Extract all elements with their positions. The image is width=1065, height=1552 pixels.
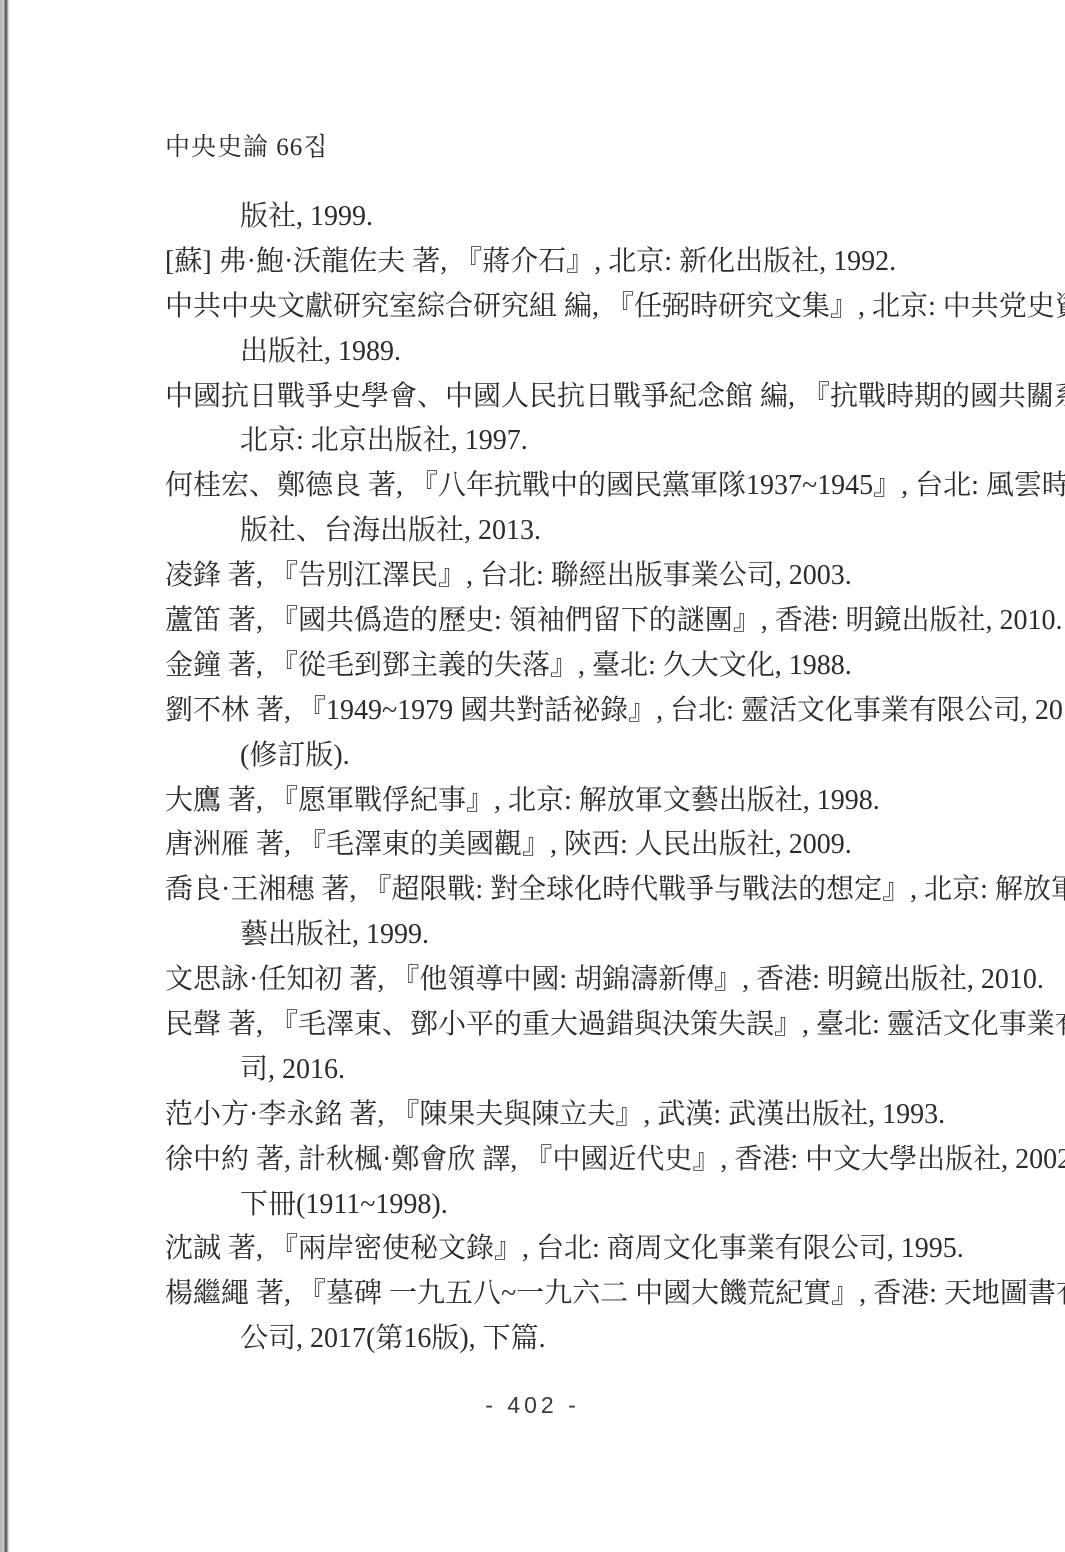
- bibliography-entry-line: 中共中央文獻研究室綜合研究組 編, 『任弼時研究文集』, 北京: 中共党史資料: [165, 285, 1045, 330]
- journal-header: 中央史論 66집: [165, 127, 328, 163]
- bibliography-entry-line: 北京: 北京出版社, 1997.: [165, 419, 1045, 464]
- bibliography-entry-line: 中國抗日戰爭史學會、中國人民抗日戰爭紀念館 編, 『抗戰時期的國共關系』,: [165, 375, 1045, 420]
- bibliography-entry-line: 文思詠·任知初 著, 『他領導中國: 胡錦濤新傳』, 香港: 明鏡出版社, 20…: [165, 958, 1045, 1003]
- scan-binding-edge: [0, 0, 10, 1552]
- bibliography-entry-line: 范小方·李永銘 著, 『陳果夫與陳立夫』, 武漢: 武漢出版社, 1993.: [165, 1093, 1045, 1138]
- bibliography-entry-line: 何桂宏、鄭德良 著, 『八年抗戰中的國民黨軍隊1937~1945』, 台北: 風…: [165, 464, 1045, 509]
- bibliography-entry-line: 司, 2016.: [165, 1048, 1045, 1093]
- bibliography-entry-line: 大鷹 著, 『愿軍戰俘紀事』, 北京: 解放軍文藝出版社, 1998.: [165, 779, 1045, 824]
- bibliography-entry-line: 劉不林 著, 『1949~1979 國共對話祕錄』, 台北: 靈活文化事業有限公…: [165, 689, 1045, 734]
- bibliography-entry-line: 版社, 1999.: [165, 195, 1045, 240]
- bibliography-entry-line: 沈誠 著, 『兩岸密使秘文錄』, 台北: 商周文化事業有限公司, 1995.: [165, 1227, 1045, 1272]
- bibliography-entry-line: 楊繼繩 著, 『墓碑 一九五八~一九六二 中國大饑荒紀實』, 香港: 天地圖書有…: [165, 1272, 1045, 1317]
- bibliography-entry-line: 徐中約 著, 計秋楓·鄭會欣 譯, 『中國近代史』, 香港: 中文大學出版社, …: [165, 1138, 1045, 1183]
- bibliography-entry-line: 喬良·王湘穗 著, 『超限戰: 對全球化時代戰爭与戰法的想定』, 北京: 解放軍…: [165, 868, 1045, 913]
- page-number: - 402 -: [0, 1392, 1065, 1419]
- bibliography-entry-line: 民聲 著, 『毛澤東、鄧小平的重大過錯與決策失誤』, 臺北: 靈活文化事業有限公: [165, 1003, 1045, 1048]
- bibliography-entry-line: 下冊(1911~1998).: [165, 1183, 1045, 1228]
- scanned-journal-page: 中央史論 66집 版社, 1999.[蘇] 弗·鮑·沃龍佐夫 著, 『蔣介石』,…: [0, 0, 1065, 1552]
- bibliography-entry-line: 金鐘 著, 『從毛到鄧主義的失落』, 臺北: 久大文化, 1988.: [165, 644, 1045, 689]
- bibliography-entry-line: 蘆笛 著, 『國共僞造的歷史: 領袖們留下的謎團』, 香港: 明鏡出版社, 20…: [165, 599, 1045, 644]
- bibliography-entry-line: 出版社, 1989.: [165, 330, 1045, 375]
- bibliography-entry-line: 公司, 2017(第16版), 下篇.: [165, 1317, 1045, 1362]
- bibliography-entry-line: 凌鋒 著, 『告別江澤民』, 台北: 聯經出版事業公司, 2003.: [165, 554, 1045, 599]
- bibliography-entry-line: [蘇] 弗·鮑·沃龍佐夫 著, 『蔣介石』, 北京: 新化出版社, 1992.: [165, 240, 1045, 285]
- bibliography-entry-line: 藝出版社, 1999.: [165, 913, 1045, 958]
- bibliography-entry-line: (修訂版).: [165, 734, 1045, 779]
- bibliography-entry-line: 唐洲雁 著, 『毛澤東的美國觀』, 陝西: 人民出版社, 2009.: [165, 823, 1045, 868]
- bibliography-list: 版社, 1999.[蘇] 弗·鮑·沃龍佐夫 著, 『蔣介石』, 北京: 新化出版…: [165, 195, 1045, 1362]
- bibliography-entry-line: 版社、台海出版社, 2013.: [165, 509, 1045, 554]
